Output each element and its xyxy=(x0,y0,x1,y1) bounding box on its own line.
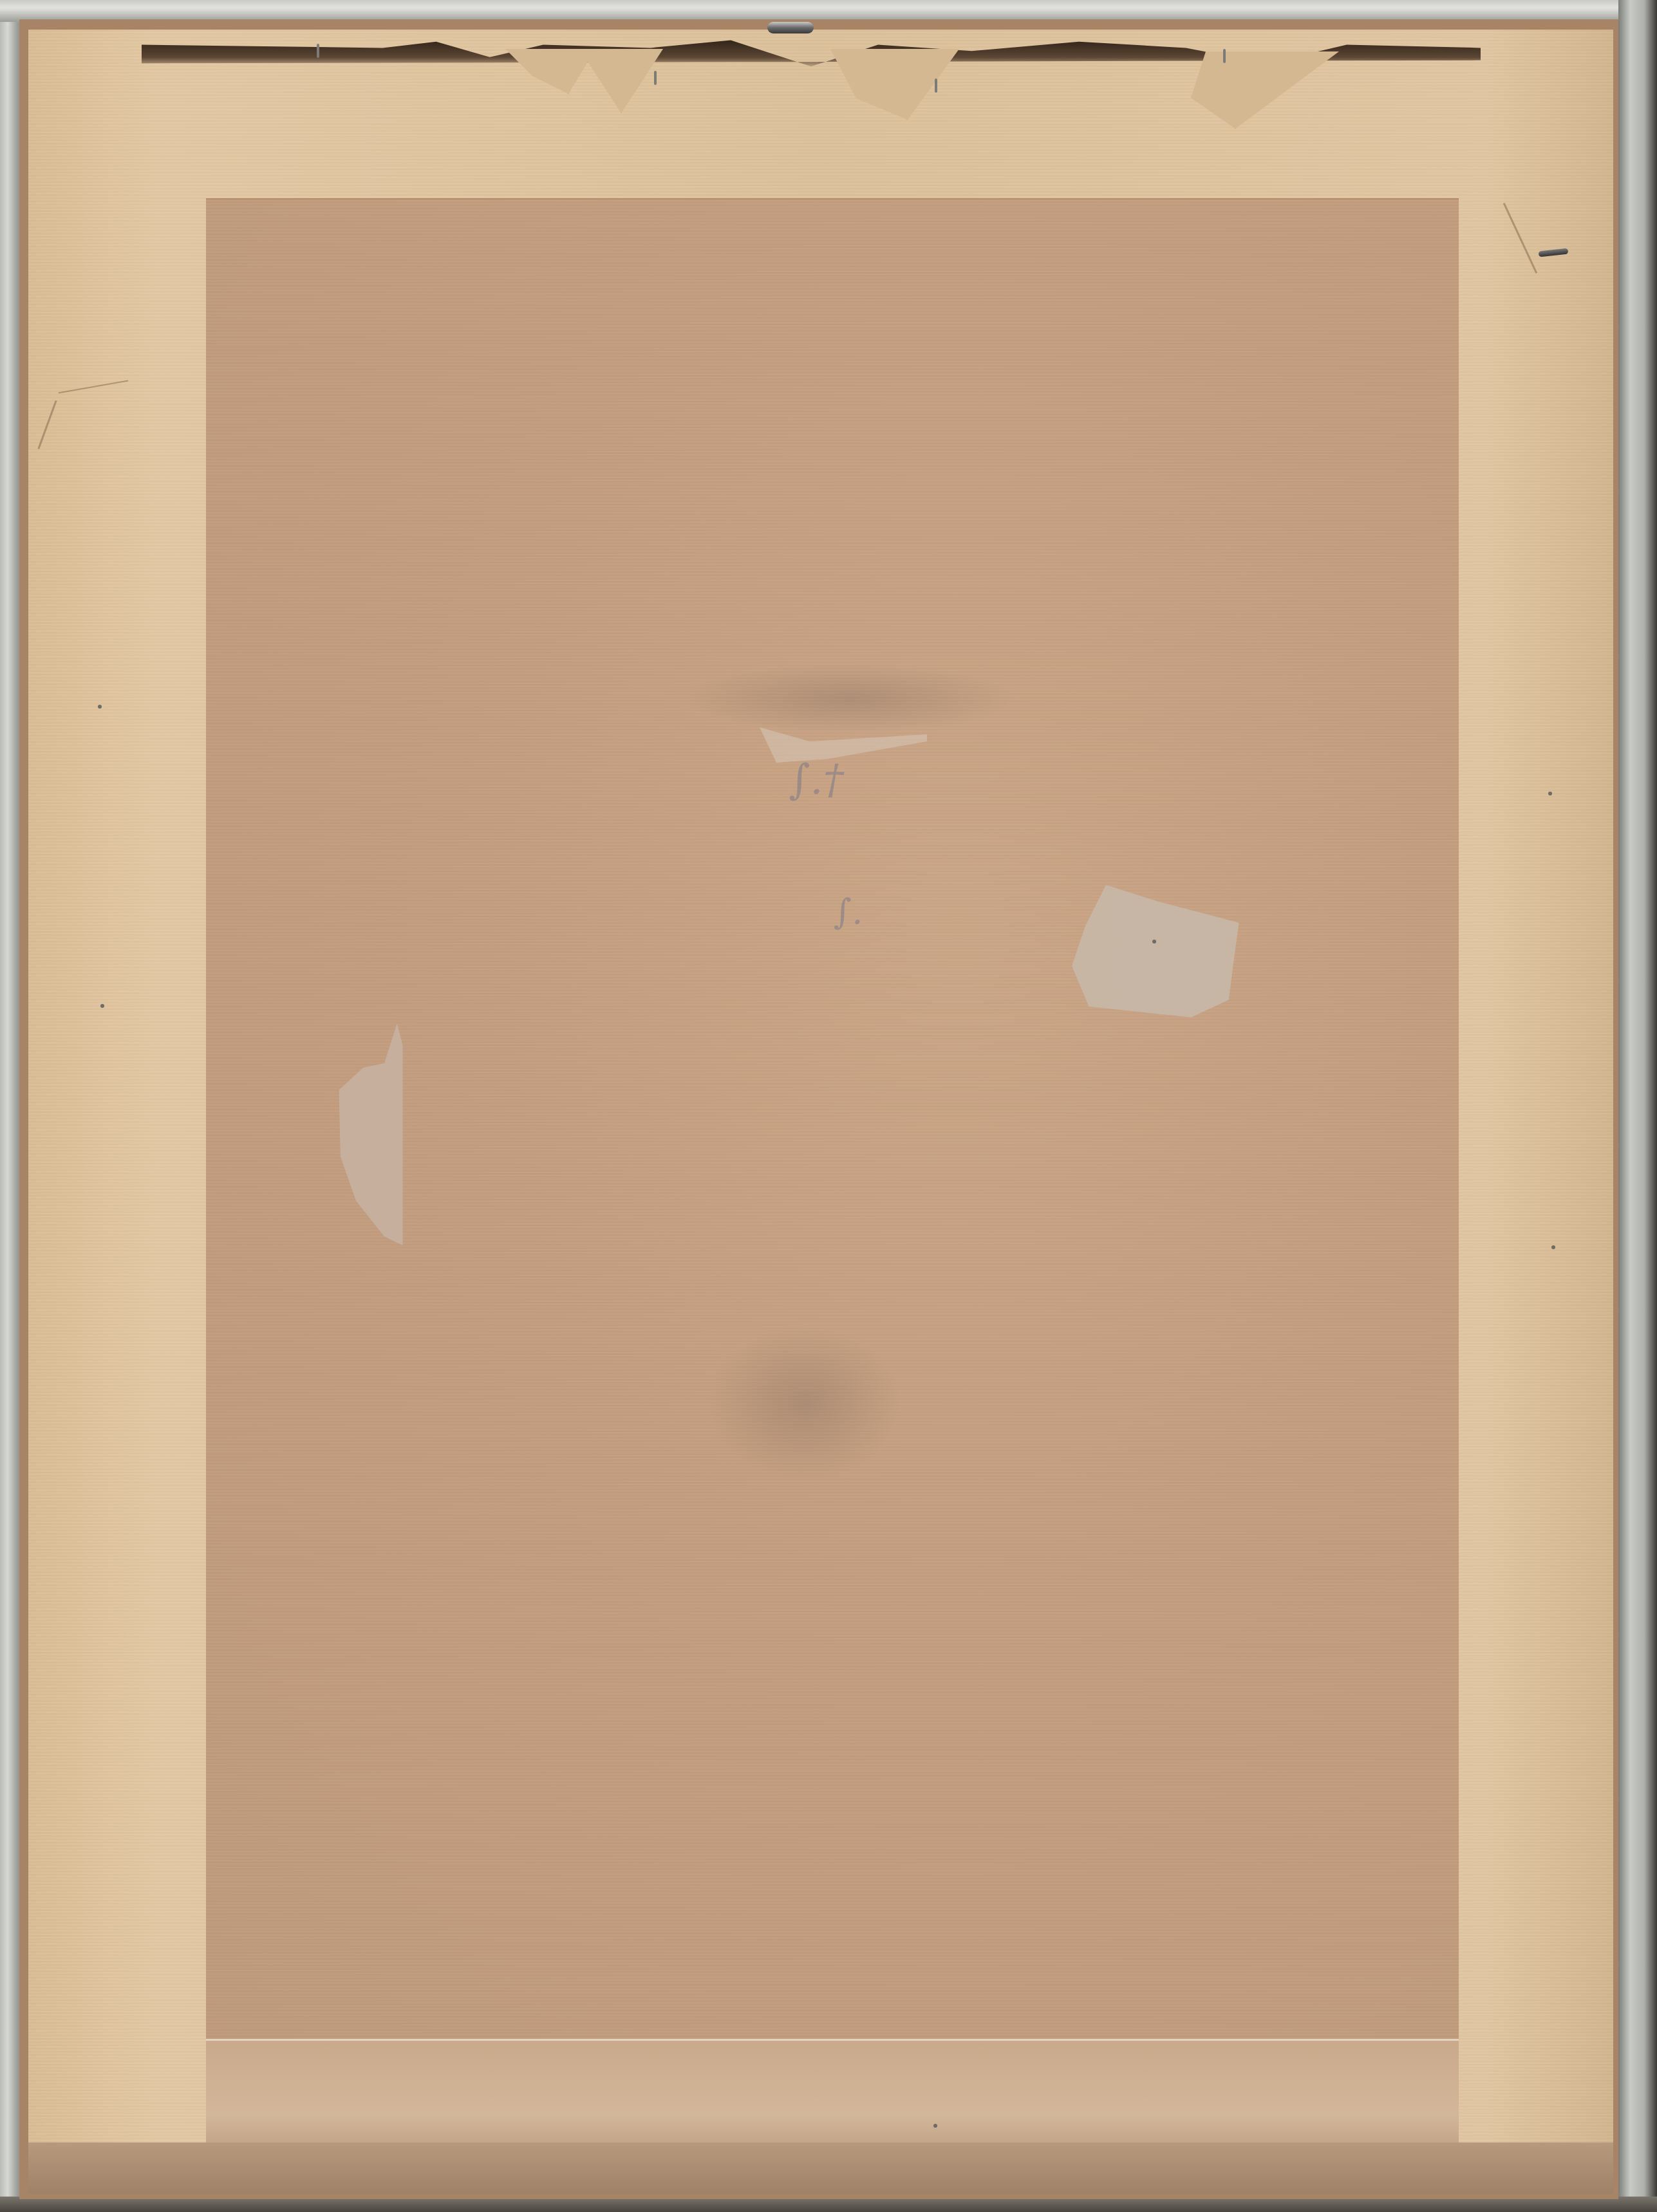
graphite-smudge xyxy=(682,663,1017,734)
pin-head xyxy=(933,2124,937,2128)
frame-right-rail xyxy=(1618,0,1657,2212)
bottom-paper-edge xyxy=(28,2142,1613,2194)
pin-head xyxy=(98,705,102,709)
frame-top-rail xyxy=(0,0,1657,22)
pencil-inscription: ∫.† xyxy=(789,756,844,804)
pin-head xyxy=(100,1004,104,1008)
graphite-smudge xyxy=(708,1326,901,1480)
pin-head xyxy=(1152,940,1156,943)
staple xyxy=(1223,49,1226,63)
staple xyxy=(317,44,319,58)
pencil-inscription: ∫. xyxy=(834,891,863,932)
pin-head xyxy=(1548,792,1552,795)
staple xyxy=(654,71,657,85)
pin-head xyxy=(1551,1245,1555,1249)
staple xyxy=(935,79,937,93)
hanging-loop xyxy=(767,22,814,33)
